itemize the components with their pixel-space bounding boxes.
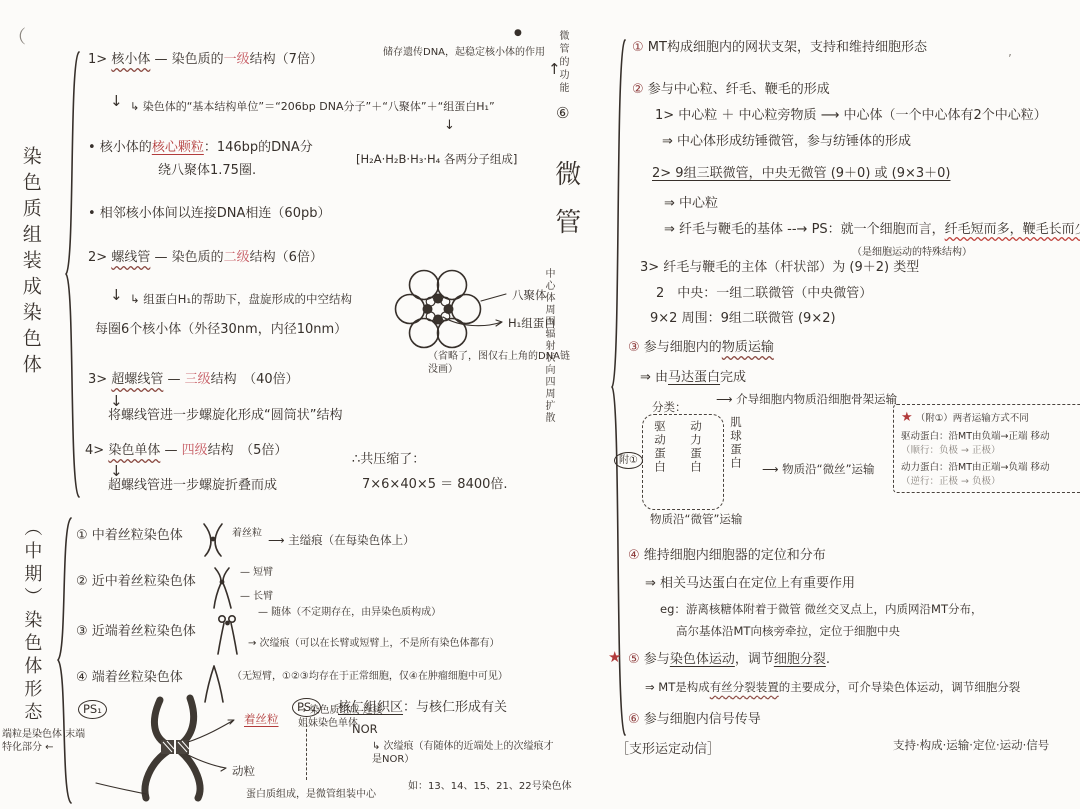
- myosin-label: 肌球蛋白: [728, 416, 743, 470]
- metacentric-item: ① 中着丝粒染色体: [76, 528, 183, 545]
- nor-abbreviation: NOR: [352, 722, 378, 737]
- core-particle-term: 核心颗粒: [152, 140, 204, 155]
- mt-distribution-note: 中心体周围辐射状向四周扩散: [542, 268, 555, 364]
- circled-number-1: ①: [632, 40, 644, 55]
- submetacentric-chromosome-glyph: [208, 566, 236, 610]
- item-number: 3>: [88, 372, 107, 387]
- transport-direction-note-box: ★ （附①）两者运输方式不同 驱动蛋白：沿MT由负端→正端 移动 （顺行：负极 …: [893, 404, 1080, 493]
- kinesin-direction-sub: （顺行：负极 → 正极）: [901, 442, 1080, 456]
- supersolenoid-sub: 将螺线管进一步螺旋化形成“圆筒状”结构: [108, 408, 342, 425]
- star-mark-icon: ★: [901, 410, 913, 425]
- supersolenoid-heading: 3> 超螺线管 — 三级结构 （40倍）: [88, 372, 299, 389]
- motor-protein-line: ⇒ 由马达蛋白完成: [640, 370, 746, 387]
- microtubule-transport-line: 物质沿“微管”运输: [650, 512, 742, 527]
- mt-function-1: ① MT构成细胞内的网状支架，支持和维持细胞形态: [632, 40, 927, 57]
- mitotic-apparatus-term: 有丝分裂装置: [710, 680, 779, 694]
- mt-functions-brace: [610, 40, 630, 736]
- term-solenoid: 螺线管: [111, 250, 150, 265]
- level-word: 一级: [224, 52, 250, 67]
- cytoskeleton-transport-line: ⟶ 介导细胞内物质沿细胞骨架运输: [716, 392, 897, 407]
- nor-example-line: 如：13、14、15、21、22号染色体: [408, 780, 572, 793]
- function-text: MT构成细胞内的网状支架，支持和维持细胞形态: [648, 40, 927, 55]
- function-text: 参与: [644, 652, 670, 667]
- ink-dot: ●: [514, 28, 522, 40]
- assembly-brace: [64, 52, 84, 498]
- solenoid-heading: 2> 螺线管 — 染色质的二级结构（6倍）: [88, 250, 323, 267]
- compression-label: ∴共压缩了：: [352, 452, 425, 469]
- heading-mid: —: [163, 372, 184, 387]
- basal-body-text: ⇒ 纤毛与鞭毛的基体 --→ PS：就一个细胞而言，: [664, 222, 945, 237]
- handwritten-notes-page: （ ● ’ 染色质组装成染色体 1> 核小体 — 染色质的一级结构（7倍） 储存…: [0, 0, 1080, 809]
- left-vertical-title-morphology: （中期）染色体形态: [20, 518, 43, 725]
- mt-function-2: ② 参与中心粒、纤毛、鞭毛的形成: [632, 82, 830, 99]
- solenoid-note: （省略了，图仅右上角的DNA链没画）: [428, 350, 578, 376]
- axoneme-line: 3> 纤毛与鞭毛的主体（杆状部）为 (9＋2) 类型: [640, 260, 919, 277]
- centrosome-spindle-line: ⇒ 中心体形成纺锤微管，参与纺锤体的形成: [662, 134, 911, 151]
- heading-tail: 结构 （40倍）: [211, 372, 299, 387]
- nor-tail: ：与核仁形成有关: [403, 700, 507, 715]
- motor-protein-term: 马达蛋白: [668, 370, 720, 385]
- mt-function-6: ⑥ 参与细胞内信号传导: [628, 712, 761, 729]
- chromatid-sub: 超螺线管进一步螺旋折叠而成: [108, 478, 277, 495]
- ps2-bubble: PS₂: [292, 698, 321, 717]
- basal-body-line: ⇒ 纤毛与鞭毛的基体 --→ PS：就一个细胞而言，纤毛短而多，鞭毛长而少: [664, 222, 1080, 239]
- metacentric-chromosome-glyph: [198, 522, 228, 558]
- item-number: 4>: [85, 443, 104, 458]
- triplet-mt-line: 2> 9组三联微管，中央无微管 (9＋0) 或 (9×3＋0): [652, 166, 951, 183]
- attachment-1-tag: 附①: [614, 452, 643, 469]
- nor-detail-line: ↳ 次缢痕（有随体的近端处上的次缢痕才是NOR）: [372, 740, 562, 766]
- cell-division-term: 细胞分裂: [774, 652, 826, 667]
- star-mark-icon: ★: [608, 648, 621, 668]
- central-pair-line: 2 中央：一组二联微管（中央微管）: [656, 286, 872, 303]
- core-particle-line: • 核小体的核心颗粒：146bp的DNA分: [88, 140, 313, 157]
- classification-label: 分类：: [652, 400, 687, 415]
- h1-role-annotation: 储存遗传DNA，起稳定核小体的作用: [383, 46, 551, 59]
- nucleosome-heading: 1> 核小体 — 染色质的一级结构（7倍）: [88, 52, 323, 69]
- telocentric-item: ④ 端着丝粒染色体: [76, 670, 183, 687]
- microtubule-vertical-title: 微管: [548, 160, 582, 256]
- morphology-brace: [56, 518, 76, 804]
- item-number: 2>: [88, 250, 107, 265]
- term-nucleosome: 核小体: [111, 52, 150, 67]
- solenoid-sub1: ↳ 组蛋白H₁的帮助下，盘旋形成的中空结构: [130, 292, 352, 307]
- ps1-bubble: PS₁: [78, 700, 107, 719]
- submetacentric-item: ② 近中着丝粒染色体: [76, 574, 196, 591]
- organelle-example-line1: eg：游离核糖体附着于微管 微丝交叉点上，内质网沿MT分布，: [660, 602, 982, 617]
- core-suffix: ：146bp的DNA分: [204, 140, 313, 155]
- solenoid-cross-section-diagram: [388, 264, 508, 359]
- down-arrow-octamer: ↓: [444, 118, 455, 135]
- nor-title-line: 核仁组织区：与核仁形成有关: [338, 700, 507, 717]
- centromere-label: 着丝粒: [244, 712, 279, 727]
- ink-dot-2: ’: [1008, 52, 1012, 68]
- linker-dna-line: • 相邻核小体间以连接DNA相连（60pb）: [88, 206, 330, 223]
- mitotic-apparatus-line: ⇒ MT是构成有丝分裂装置的主要成分，可介导染色体运动，调节细胞分裂: [645, 680, 1020, 695]
- function-text: 参与细胞内的: [644, 340, 722, 355]
- ps2-dashed-connector: [306, 724, 307, 780]
- circled-number-3: ③: [628, 340, 640, 355]
- motor-suffix: 完成: [720, 370, 746, 385]
- solenoid-sub2: 每圈6个核小体（外径30nm，内径10nm）: [95, 322, 347, 339]
- mt-function-5: ⑤ 参与染色体运动，调节细胞分裂.: [628, 652, 830, 669]
- heading-tail: 结构 （5倍）: [208, 443, 288, 458]
- acrocentric-chromosome-glyph: [212, 612, 242, 656]
- heading-tail: 结构（6倍）: [250, 250, 323, 265]
- circled-number-6: ⑥: [628, 712, 640, 727]
- note-box-title: （附①）两者运输方式不同: [916, 413, 1029, 424]
- function-text: 参与中心粒、纤毛、鞭毛的形成: [648, 82, 830, 97]
- left-vertical-title-assembly: 染色质组装成染色体: [18, 146, 43, 380]
- note-box-title-row: ★ （附①）两者运输方式不同: [901, 410, 1080, 425]
- centromere-pointer-label: 着丝粒: [232, 527, 262, 540]
- function-text: ，调节: [735, 652, 774, 667]
- core-prefix: • 核小体的: [88, 140, 152, 155]
- acrocentric-item: ③ 近端着丝粒染色体: [76, 624, 196, 641]
- level-word: 四级: [182, 443, 208, 458]
- kinetochore-label: 动粒: [232, 764, 255, 779]
- motor-prefix: ⇒ 由: [640, 370, 668, 385]
- long-arm-label: — 长臂: [240, 590, 273, 603]
- level-word: 三级: [185, 372, 211, 387]
- mnemonic-bracket: ［支形运定动信］: [616, 742, 720, 759]
- heading-mid: — 染色质的: [150, 52, 223, 67]
- circled-number-5: ⑤: [628, 652, 640, 667]
- centriole-result-line: ⇒ 中心粒: [664, 196, 718, 213]
- nor-term: 核仁组织区: [338, 700, 403, 715]
- chromosome-movement-term: 染色体运动: [670, 652, 735, 667]
- corner-pen-mark: （: [8, 26, 26, 49]
- motor-positioning-line: ⇒ 相关马达蛋白在定位上有重要作用: [645, 576, 855, 593]
- motility-structure-note: （是细胞运动的特殊结构）: [852, 246, 972, 259]
- functions-summary-keywords: 支持·构成·运输·定位·运动·信号: [893, 738, 1049, 753]
- core-particle-line2: 绕八聚体1.75圈.: [158, 163, 256, 180]
- centriole-line: 1> 中心粒 ＋ 中心粒旁物质 ⟶ 中心体（一个中心体有2个中心粒）: [655, 108, 1047, 125]
- circled-number-2: ②: [632, 82, 644, 97]
- mitotic-suffix: 的主要成分，可介导染色体运动，调节细胞分裂: [779, 680, 1021, 694]
- short-arm-label: — 短臂: [240, 566, 273, 579]
- dynein-direction-line: 动力蛋白：沿MT由正端→负端 移动: [901, 459, 1080, 473]
- compression-formula: 7×6×40×5 ＝ 8400倍.: [362, 477, 508, 494]
- down-arrow: ↓: [110, 92, 123, 112]
- function-text: 维持细胞内细胞器的定位和分布: [644, 548, 826, 563]
- cilia-flagella-ps: 纤毛短而多，鞭毛长而少: [945, 222, 1080, 237]
- function-text: 参与细胞内信号传导: [644, 712, 761, 727]
- kinesin-direction-line: 驱动蛋白：沿MT由负端→正端 移动: [901, 428, 1080, 442]
- mt-function-vertical-label: 微管的功能: [556, 30, 569, 95]
- heading-tail: 结构（7倍）: [250, 52, 323, 67]
- doublet-ring-line: 9×2 周围：9组二联微管 (9×2): [650, 311, 836, 328]
- telomere-note: 端粒是染色体 末端特化部分 ←: [2, 728, 88, 754]
- chromatid-heading: 4> 染色单体 — 四级结构 （5倍）: [85, 443, 287, 460]
- mt-function-3: ③ 参与细胞内的物质运输: [628, 340, 774, 357]
- organelle-example-line2: 高尔基体沿MT向核旁牵拉，定位于细胞中央: [676, 624, 900, 639]
- heading-mid: — 染色质的: [150, 250, 223, 265]
- dynein-direction-sub: （逆行：正极 → 负极）: [901, 473, 1080, 487]
- term-chromatid: 染色单体: [108, 443, 160, 458]
- dynein-label: 动力蛋白: [688, 420, 703, 474]
- mt-function-count: ⑥: [556, 104, 569, 124]
- basic-unit-line: ↳ 染色体的“基本结构单位”＝“206bp DNA分子”＋“八聚体”＋“组蛋白H…: [130, 100, 495, 114]
- down-arrow: ↓: [110, 286, 123, 306]
- satellite-label: — 随体（不定期存在，由异染色质构成）: [258, 606, 441, 619]
- microfilament-transport-line: ⟶ 物质沿“微丝”运输: [762, 462, 875, 477]
- mitotic-prefix: ⇒ MT是构成: [645, 680, 710, 694]
- item-number: 1>: [88, 52, 107, 67]
- heading-mid: —: [160, 443, 181, 458]
- level-word: 二级: [224, 250, 250, 265]
- transport-term: 物质运输: [722, 340, 774, 355]
- kinetochore-description: 蛋白质组成，是微管组装中心: [246, 788, 376, 801]
- telocentric-note: （无短臂，①②③均存在于正常细胞，仅④在肿瘤细胞中可见）: [232, 670, 508, 683]
- primary-constriction-label: ⟶ 主缢痕（在每染色体上）: [268, 533, 415, 548]
- histone-composition: [H₂A·H₂B·H₃·H₄ 各两分子组成]: [356, 152, 517, 167]
- term-supersolenoid: 超螺线管: [111, 372, 163, 387]
- circled-number-4: ④: [628, 548, 640, 563]
- secondary-constriction-label: → 次缢痕（可以在长臂或短臂上，不是所有染色体都有）: [248, 637, 500, 650]
- chromosome-structure-diagram: [122, 686, 237, 806]
- function-text: .: [826, 652, 830, 667]
- mt-function-4: ④ 维持细胞内细胞器的定位和分布: [628, 548, 826, 565]
- kinesin-label: 驱动蛋白: [652, 420, 667, 474]
